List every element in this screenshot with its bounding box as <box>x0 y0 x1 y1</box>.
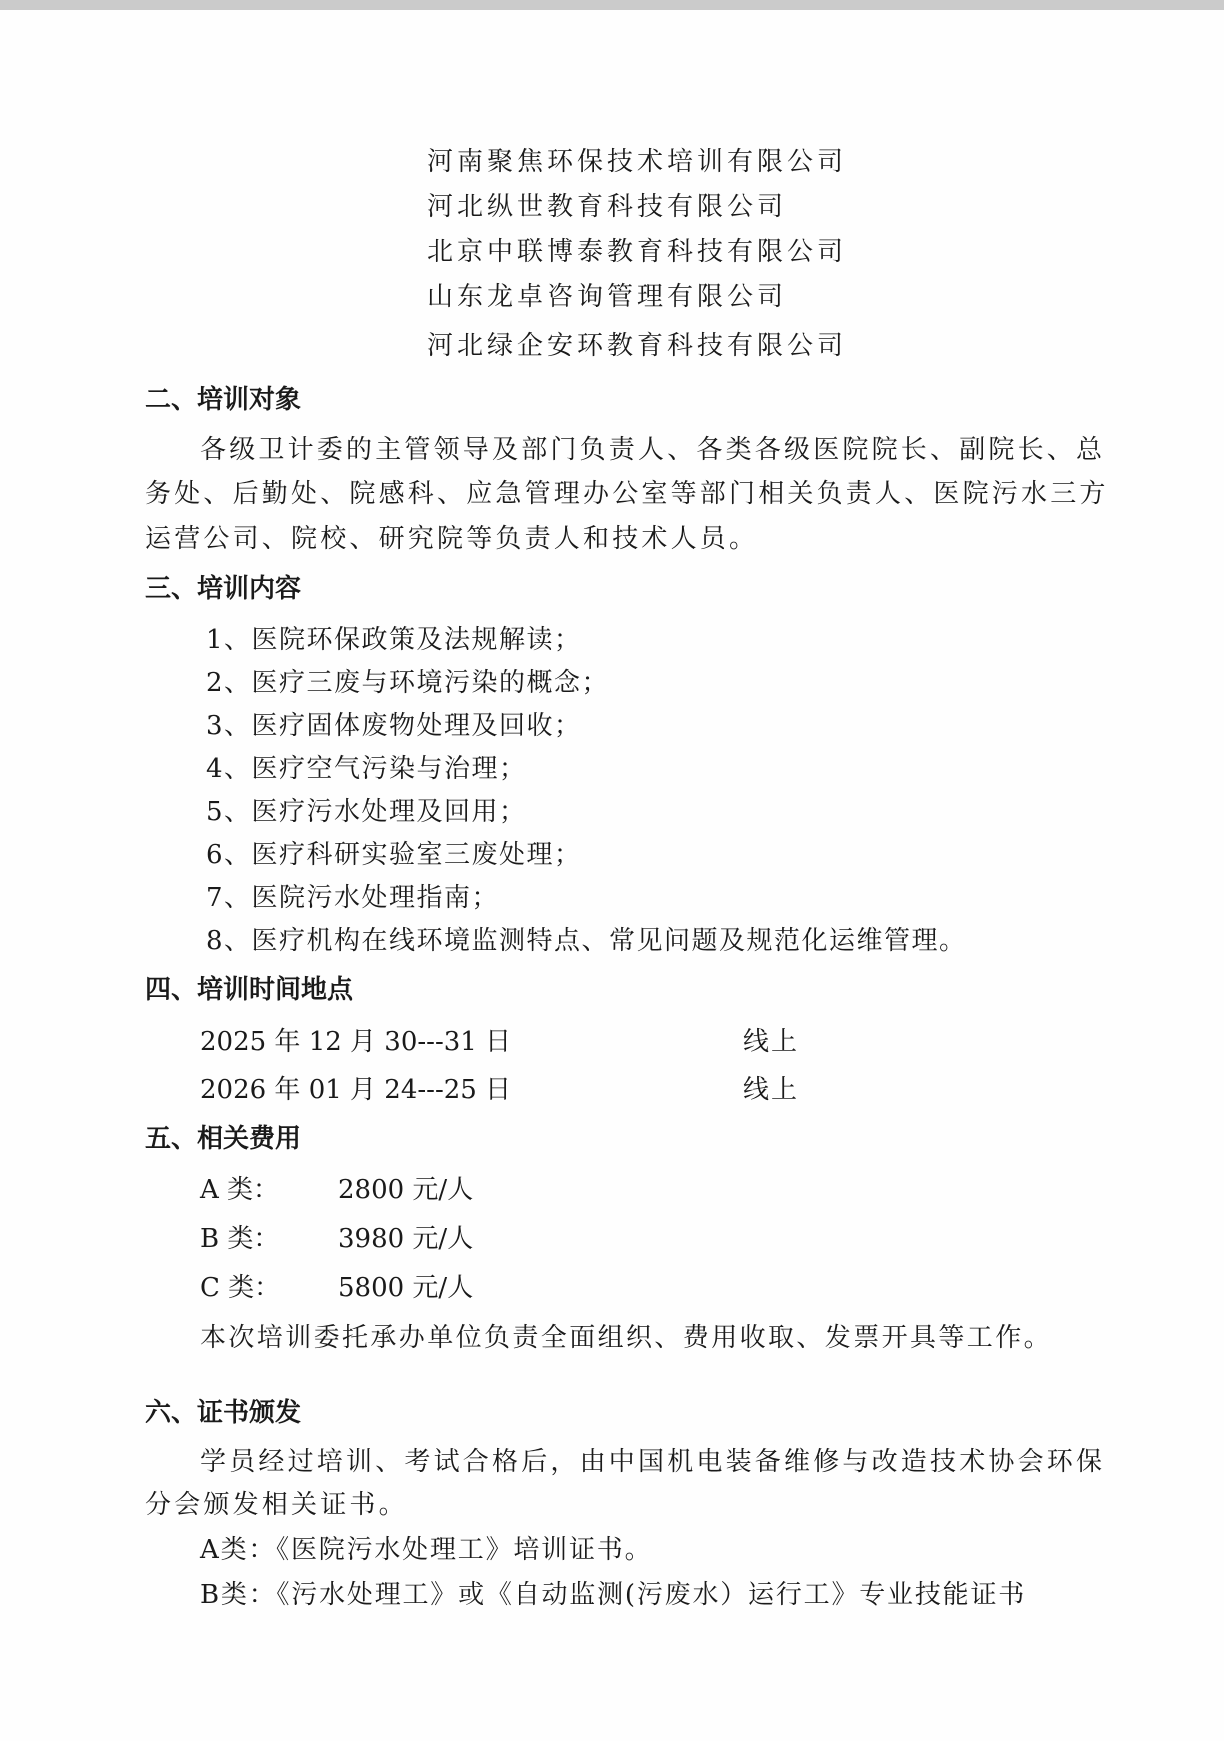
company-name: 山东龙卓咨询管理有限公司 <box>427 281 787 313</box>
fee-value: 2800 元/人 <box>338 1174 473 1206</box>
section-heading-certificates: 六、证书颁发 <box>145 1397 301 1429</box>
fee-value: 5800 元/人 <box>338 1272 473 1304</box>
fee-note: 本次培训委托承办单位负责全面组织、费用收取、发票开具等工作。 <box>200 1322 1052 1354</box>
content-item: 3、医疗固体废物处理及回收； <box>206 710 582 742</box>
section-heading-time-location: 四、培训时间地点 <box>145 974 353 1006</box>
paragraph-line: 运营公司、院校、研究院等负责人和技术人员。 <box>145 523 758 555</box>
content-item: 4、医疗空气污染与治理； <box>206 753 527 785</box>
certificate-item: A类：《医院污水处理工》培训证书。 <box>200 1534 652 1566</box>
paragraph-line: 分会颁发相关证书。 <box>145 1489 408 1521</box>
schedule-date: 2025 年 12 月 30---31 日 <box>200 1026 511 1058</box>
content-item: 2、医疗三废与环境污染的概念； <box>206 667 609 699</box>
content-item: 6、医疗科研实验室三废处理； <box>206 839 582 871</box>
content-item: 1、医院环保政策及法规解读； <box>206 624 582 656</box>
company-name: 北京中联博泰教育科技有限公司 <box>427 236 847 268</box>
fee-label: B 类： <box>200 1223 279 1255</box>
section-heading-training-audience: 二、培训对象 <box>145 384 301 416</box>
paragraph-line: 各级卫计委的主管领导及部门负责人、各类各级医院院长、副院长、总 <box>200 434 1105 466</box>
company-name: 河南聚焦环保技术培训有限公司 <box>427 146 847 178</box>
content-item: 7、医院污水处理指南； <box>206 882 499 914</box>
content-item: 5、医疗污水处理及回用； <box>206 796 527 828</box>
certificate-item: B类：《污水处理工》或《自动监测(污废水）运行工》专业技能证书 <box>200 1579 1026 1611</box>
schedule-date: 2026 年 01 月 24---25 日 <box>200 1074 511 1106</box>
document-page: 河南聚焦环保技术培训有限公司 河北纵世教育科技有限公司 北京中联博泰教育科技有限… <box>0 10 1224 1741</box>
fee-label: C 类： <box>200 1272 280 1304</box>
section-heading-training-content: 三、培训内容 <box>145 573 301 605</box>
viewer-top-bar <box>0 0 1224 10</box>
company-name: 河北绿企安环教育科技有限公司 <box>427 330 847 362</box>
paragraph-line: 务处、后勤处、院感科、应急管理办公室等部门相关负责人、医院污水三方 <box>145 478 1109 510</box>
content-item: 8、医疗机构在线环境监测特点、常见问题及规范化运维管理。 <box>206 925 967 957</box>
schedule-location: 线上 <box>743 1026 799 1058</box>
company-name: 河北纵世教育科技有限公司 <box>427 191 787 223</box>
fee-value: 3980 元/人 <box>338 1223 473 1255</box>
fee-label: A 类： <box>200 1174 279 1206</box>
paragraph-line: 学员经过培训、考试合格后，由中国机电装备维修与改造技术协会环保 <box>200 1446 1105 1478</box>
schedule-location: 线上 <box>743 1074 799 1106</box>
section-heading-fees: 五、相关费用 <box>145 1123 301 1155</box>
